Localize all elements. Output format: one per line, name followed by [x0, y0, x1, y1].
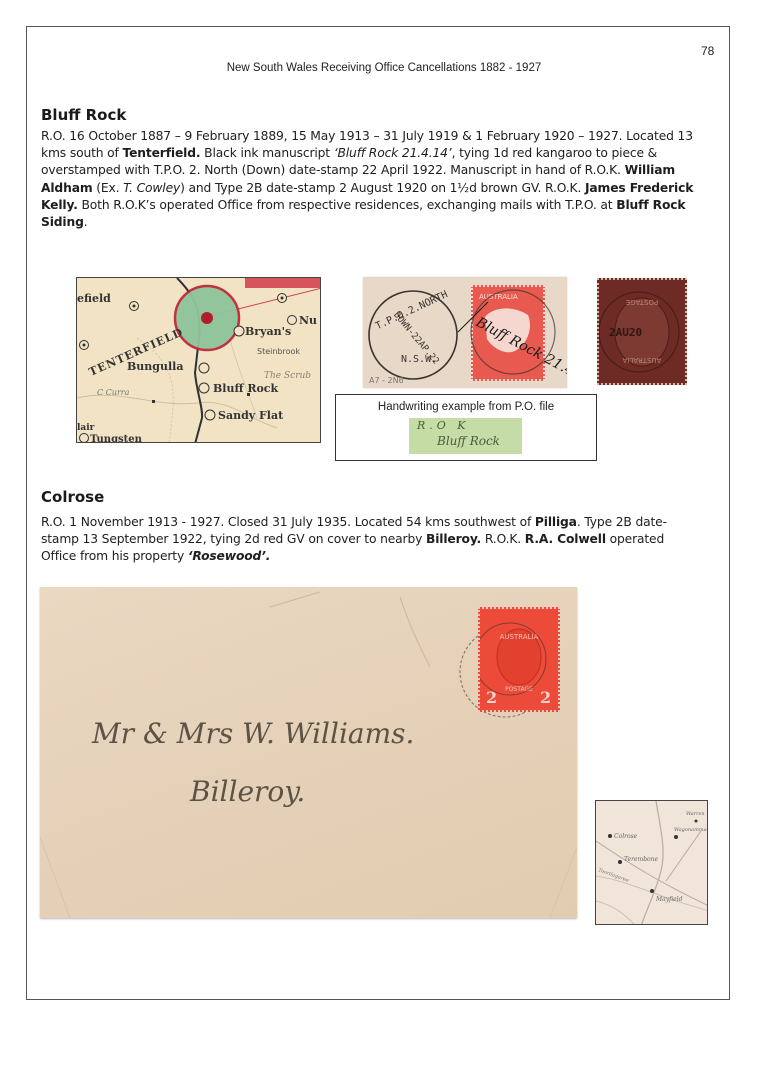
map-label-sandy-flat: Sandy Flat	[218, 409, 284, 422]
gv-2d-red-stamp: AUSTRALIA 2 2 POSTAGE	[478, 607, 560, 712]
stamp-text-australia: AUSTRALIA	[500, 633, 539, 641]
svg-text:Toorilagaree: Toorilagaree	[597, 867, 629, 884]
svg-text:Wagonomma Reserve: Wagonomma Reserve	[674, 827, 708, 833]
stamp-on-piece: T.P.O.2.NORTH DOWN-22AP.22 N.S.W. A7 - 2…	[363, 277, 567, 388]
manuscript-bluff-rock: Bluff Rock 21.4.14	[472, 314, 567, 388]
map-label-bluff-rock: Bluff Rock	[213, 382, 279, 395]
colrose-cover: AUSTRALIA 2 2 POSTAGE Mr & Mrs W. Willia…	[40, 587, 577, 918]
map-label-lair: lair	[77, 423, 95, 433]
stamp-text-postage: POSTAGE	[626, 298, 658, 306]
map-label-bungulla: Bungulla	[127, 360, 183, 373]
map-label-colrose: Colrose	[614, 833, 638, 840]
stamp-text-australia: AUSTRALIA	[622, 356, 661, 364]
svg-text:Warren: Warren	[686, 811, 705, 817]
handwriting-line-2: Bluff Rock	[437, 434, 500, 448]
map-label-steinbrook: Steinbrook	[257, 347, 300, 356]
handwriting-example-box: Handwriting example from P.O. file R.O K…	[335, 394, 597, 461]
handwriting-line-1: R.O K	[417, 419, 470, 432]
map-label-curra: C Curra	[97, 388, 130, 397]
page-header: New South Wales Receiving Office Cancell…	[0, 62, 768, 74]
map-label-field: efield	[77, 292, 111, 305]
bluff-rock-map: efield TENTERFIELD Bryan's Nu Steinbrook…	[76, 277, 321, 443]
map-label-bryans: Bryan's	[245, 325, 291, 338]
page-number: 78	[701, 44, 714, 58]
handwriting-caption: Handwriting example from P.O. file	[336, 401, 596, 413]
map-label-tungsten: Tungsten	[90, 434, 143, 443]
bluff-rock-description: R.O. 16 October 1887 – 9 February 1889, …	[41, 128, 701, 231]
svg-text:Mayfield: Mayfield	[655, 896, 683, 903]
stamp-value-right: 2	[540, 688, 551, 707]
stamp-value-left: 2	[486, 688, 497, 707]
address-line-2: Billeroy.	[190, 775, 305, 808]
address-line-1: Mr & Mrs W. Williams.	[92, 717, 414, 750]
brown-stamp-postmark: 2AU20	[609, 326, 642, 339]
colrose-map: Warren Wagonomma Reserve Colrose Terembo…	[595, 800, 708, 925]
section-title-colrose: Colrose	[41, 488, 104, 506]
section-title-bluff-rock: Bluff Rock	[41, 106, 126, 124]
map-label-the-scrub: The Scrub	[264, 371, 311, 381]
brown-stamp-1-5d-gv: POSTAGE AUSTRALIA 2AU20	[597, 278, 687, 385]
handwriting-sample: R.O K Bluff Rock	[409, 418, 522, 454]
colrose-description: R.O. 1 November 1913 - 1927. Closed 31 J…	[41, 514, 701, 566]
svg-text:Terembone: Terembone	[624, 856, 659, 863]
map-label-nu: Nu	[299, 314, 317, 327]
